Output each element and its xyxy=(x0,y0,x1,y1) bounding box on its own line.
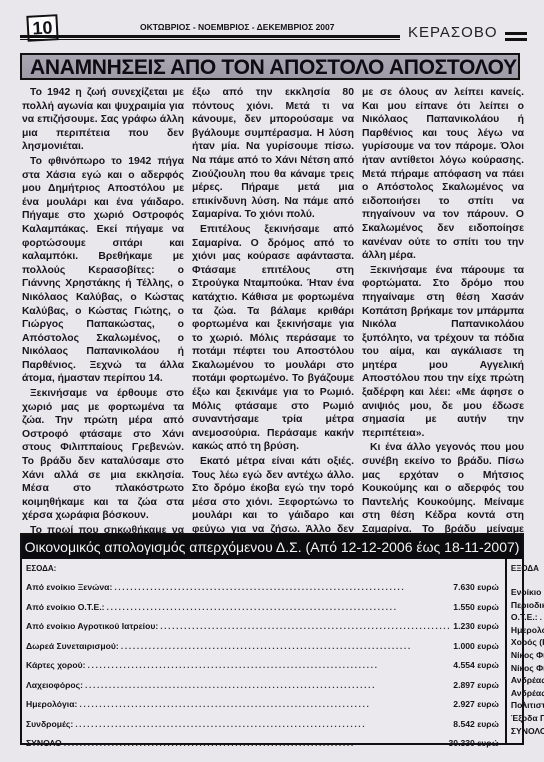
expense-row: Πολιτιστικός Σύλλογος χωριού:4.500 ευρώ xyxy=(511,699,544,712)
article-column-3: με σε όλους αν λείπει κανείς. Και μου εί… xyxy=(362,86,524,526)
paragraph: Επιτέλους ξεκινήσαμε από Σαμαρίνα. Ο δρό… xyxy=(192,223,354,454)
financial-report-title: Οικονομικός απολογισμός απερχόμενου Δ.Σ.… xyxy=(22,535,522,559)
expense-row: Έξοδα Πολιτιστικών Εκδηλώσεων:4.677,96 ε… xyxy=(511,712,544,725)
article-column-1: Το 1942 η ζωή συνεχίζεται με πολλή αγωνί… xyxy=(22,86,184,526)
expense-row: Χορός (Κέντρο):4.700 ευρώ xyxy=(511,636,544,649)
expense-row: Ενοίκιο γραφείου1.540 ευρώ xyxy=(511,586,544,599)
header-rule xyxy=(20,35,400,38)
expenses-heading: ΕΞΟΔΑ xyxy=(511,562,544,578)
income-heading: ΕΣΟΔΑ: xyxy=(26,562,499,578)
income-column: ΕΣΟΔΑ: Από ενοίκιο Ξενώνα:7.630 ευρώ Από… xyxy=(22,559,507,743)
article-column-2: έξω από την εκκλησία 80 πόντους χιόνι. Μ… xyxy=(192,86,354,526)
paragraph: με σε όλους αν λείπει κανείς. Και μου εί… xyxy=(362,86,524,263)
paragraph: Το φθινόπωρο το 1942 πήγα στα Χάσια εγώ … xyxy=(22,155,184,386)
paragraph: έξω από την εκκλησία 80 πόντους χιόνι. Μ… xyxy=(192,86,354,222)
expenses-column: ΕΞΟΔΑ Ενοίκιο γραφείου1.540 ευρώ Περιοδι… xyxy=(507,559,544,743)
article-title: ΑΝΑΜΝΗΣΕΙΣ ΑΠΟ ΤΟΝ ΑΠΟΣΤΟΛΟ ΑΠΟΣΤΟΛΟΥ xyxy=(30,56,517,80)
expense-row: Νίκος Φιλιππίδης (χωριό):5.000 ευρώ xyxy=(511,662,544,675)
expense-row: Ημερολόγια:1.435 ευρώ xyxy=(511,624,544,637)
income-row: Συνδρομές:8.542 ευρώ xyxy=(26,715,499,735)
article-body: Το 1942 η ζωή συνεχίζεται με πολλή αγωνί… xyxy=(22,86,524,526)
article-title-box: ΑΝΑΜΝΗΣΕΙΣ ΑΠΟ ΤΟΝ ΑΠΟΣΤΟΛΟ ΑΠΟΣΤΟΛΟΥ xyxy=(20,53,520,80)
expense-row: Ανδρέας Φιλιππίδης (Πάσχα):1.000 ευρώ xyxy=(511,674,544,687)
expenses-total-row: ΣΥΝΟΛΟ:28.421,5 ευρώ xyxy=(511,725,544,738)
brand-bar xyxy=(505,38,527,41)
income-row: Από ενοίκιο Ο.Τ.Ε.:1.550 ευρώ xyxy=(26,598,499,618)
publication-name: ΚΕΡΑΣΟΒΟ xyxy=(408,24,498,41)
financial-report-columns: ΕΣΟΔΑ: Από ενοίκιο Ξενώνα:7.630 ευρώ Από… xyxy=(22,559,522,743)
expense-row: Νίκος Φιλιππίδης (χορός):1.500 ευρώ xyxy=(511,649,544,662)
income-row: Από ενοίκιο Ξενώνα:7.630 ευρώ xyxy=(26,578,499,598)
income-total-row: ΣΥΝΟΛΟ30.330 ευρώ xyxy=(26,734,499,754)
expense-row: Περιοδικό:3.178,54 ευρώ xyxy=(511,599,544,612)
income-row: Κάρτες χορού:4.554 ευρώ xyxy=(26,656,499,676)
financial-report: Οικονομικός απολογισμός απερχόμενου Δ.Σ.… xyxy=(20,533,524,745)
expense-row: Ο.Τ.Ε.:590 ευρώ xyxy=(511,611,544,624)
issue-date: ΟΚΤΩΒΡΙΟΣ - ΝΟΕΜΒΡΙΟΣ - ΔΕΚΕΜΒΡΙΟΣ 2007 xyxy=(140,22,334,32)
income-row: Δωρεά Συνεταιρισμού:1.000 ευρώ xyxy=(26,637,499,657)
brand-bar xyxy=(505,32,527,35)
paragraph: Ξεκινήσαμε να έρθουμε στο χωριό μας με φ… xyxy=(22,387,184,523)
header-rule-thin xyxy=(20,39,400,40)
income-row: Ημερολόγια:2.927 ευρώ xyxy=(26,695,499,715)
paragraph: Ξεκινήσαμε ένα πάρουμε τα φορτώματα. Στο… xyxy=(362,264,524,441)
income-row: Από ενοίκιο Αγροτικού Ιατρείου:1.230 ευρ… xyxy=(26,617,499,637)
expense-row: Ανδρέας Φιλιππίδης (Αύγουστος):300 ευρώ xyxy=(511,687,544,700)
income-row: Λαχειοφόρος:2.897 ευρώ xyxy=(26,676,499,696)
paragraph: Το 1942 η ζωή συνεχίζεται με πολλή αγωνί… xyxy=(22,86,184,154)
